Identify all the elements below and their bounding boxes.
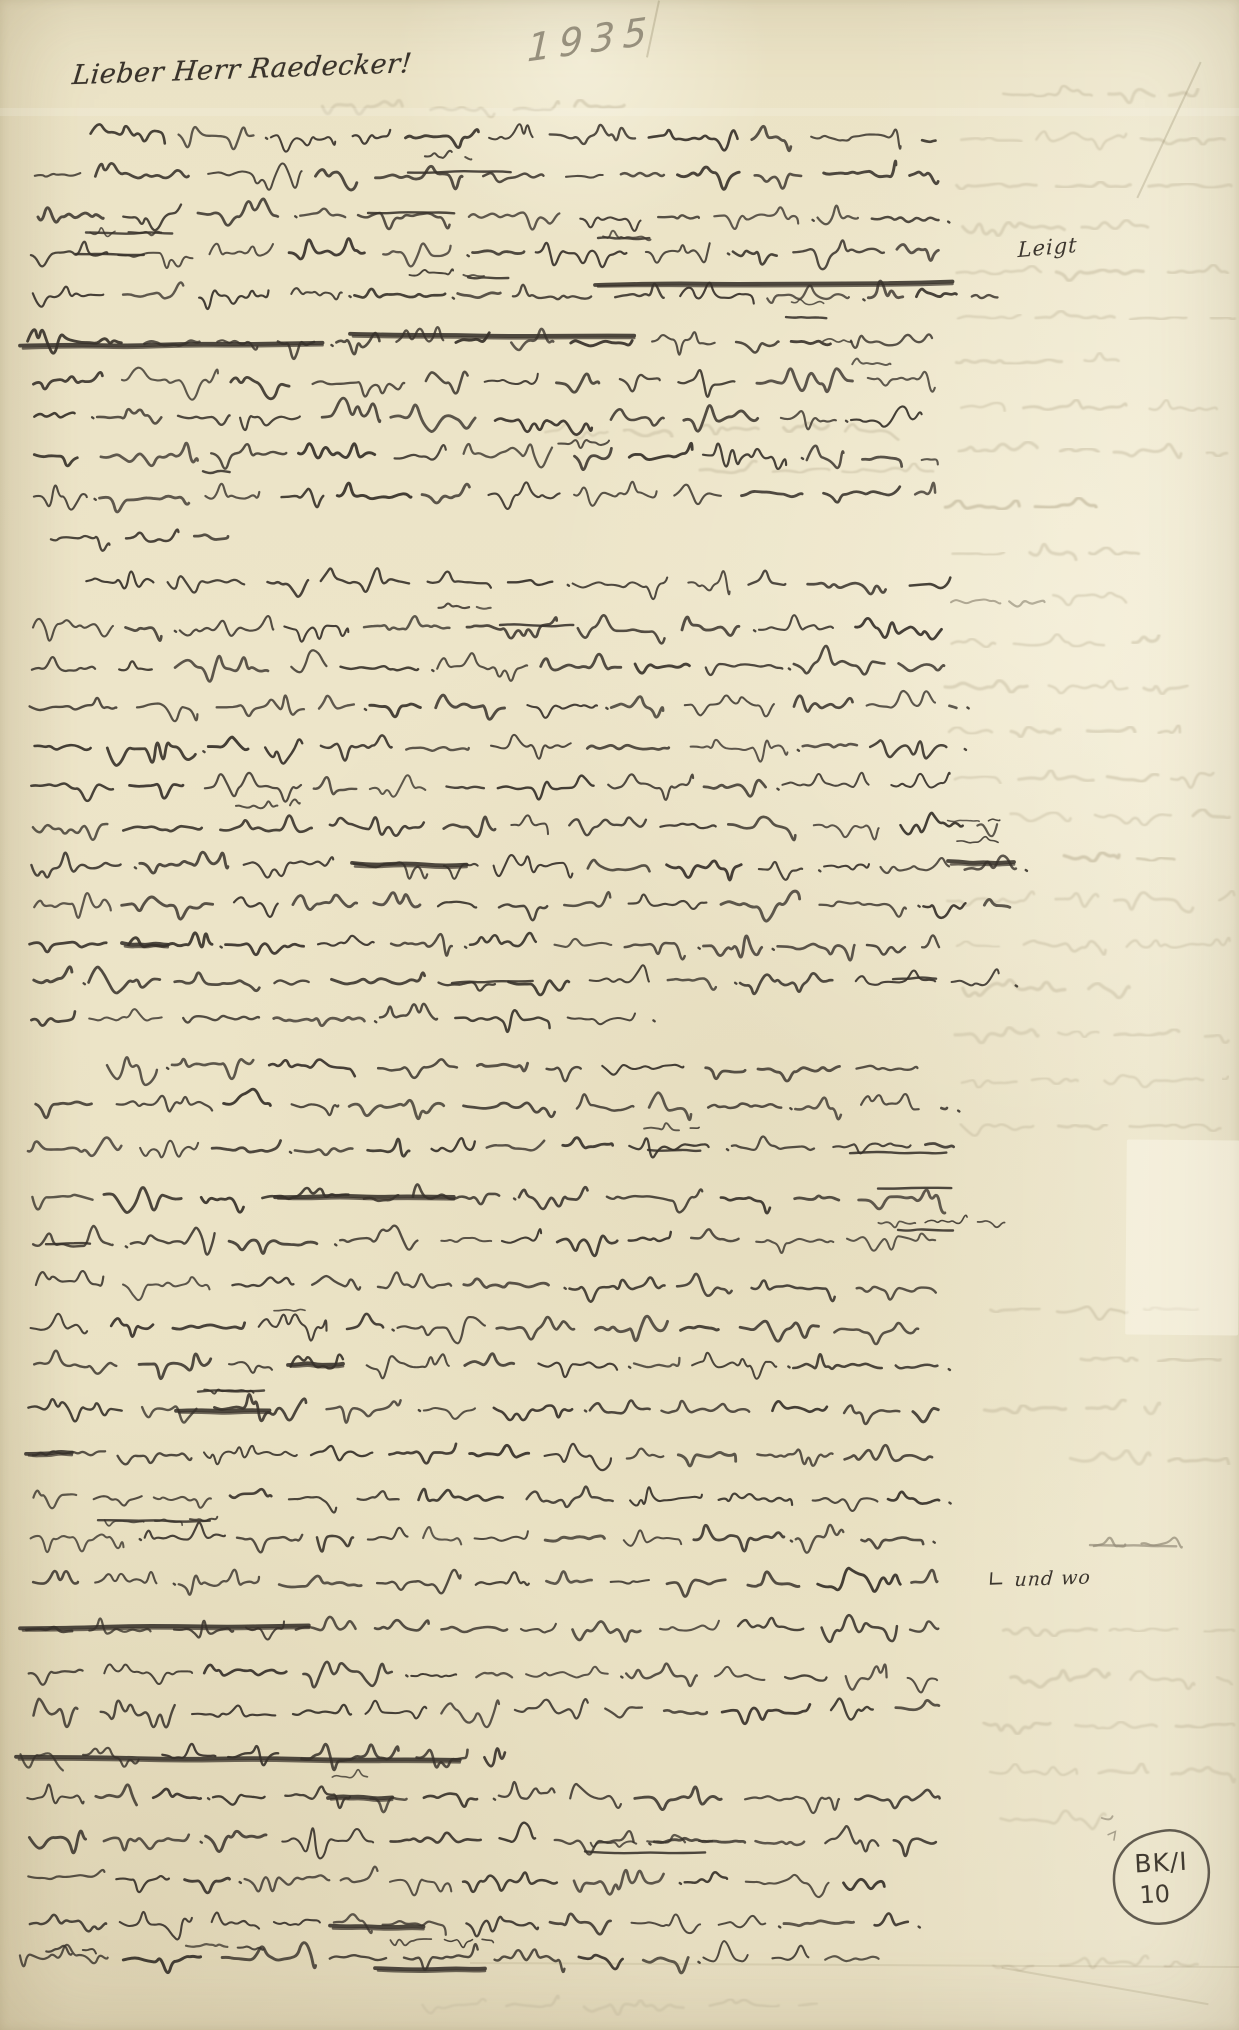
insertion-mark-icon: ∟	[986, 1567, 1007, 1593]
bleed-through-strokes	[322, 86, 1234, 2015]
stamp-number: 10	[1098, 1878, 1211, 1912]
manuscript-page: 1935 Lieber Herr Raedecker! Leigt ∟und w…	[0, 0, 1239, 2030]
handwriting-layer	[0, 0, 1239, 2030]
paper-patch	[1125, 1140, 1239, 1336]
stamp-code: BK/I	[1104, 1845, 1217, 1880]
margin-insertion-note: ∟und wo	[986, 1564, 1092, 1593]
correction-strokes	[16, 171, 1014, 1972]
insertion-note-text: und wo	[1014, 1566, 1092, 1591]
ink-strokes	[20, 124, 1027, 1973]
archive-stamp: BK/I 10	[1103, 1821, 1225, 1939]
